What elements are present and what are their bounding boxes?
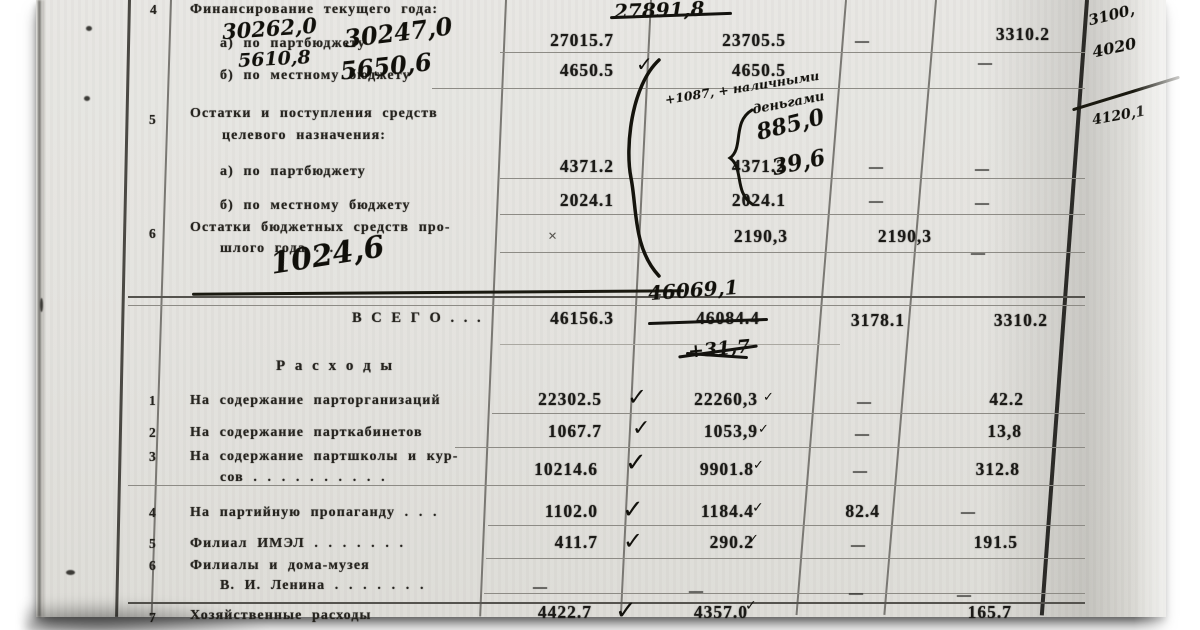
cell-dash: — — [844, 395, 884, 411]
row-label: На содержание парткабинетов — [190, 425, 423, 441]
row-label: Филиалы и дома-музея — [190, 558, 370, 574]
cell-value: 1067.7 — [498, 421, 602, 442]
cell-value: 2190,3 — [694, 226, 788, 247]
handwritten-number-crossed: 27891,8 — [614, 0, 705, 24]
row-number: 2 — [149, 425, 156, 441]
cell-dash: — — [676, 584, 716, 600]
row-rule — [492, 413, 1085, 414]
cell-dash: — — [840, 464, 880, 480]
total-col3: 3178.1 — [825, 310, 905, 331]
row-label: а) по партбюджету — [220, 164, 366, 180]
cell-dash: — — [948, 505, 988, 521]
row-label: б) по местному бюджету — [220, 198, 411, 214]
row-rule — [500, 178, 1085, 179]
pen-checkmark: ✓ — [623, 527, 643, 555]
row-rule — [484, 593, 1085, 594]
cell-value: 4371.2 — [518, 156, 614, 177]
row-rule — [500, 344, 840, 345]
row-label: целевого назначения: — [222, 128, 386, 144]
cell-dash: — — [965, 56, 1005, 72]
total-col4: 3310.2 — [948, 310, 1048, 331]
row-number: 3 — [149, 449, 156, 465]
cell-value: 3310.2 — [952, 24, 1050, 45]
cell-value: 165.7 — [920, 602, 1012, 623]
cell-value: 22302.5 — [498, 389, 602, 410]
row-label: На содержание парторганизаций — [190, 393, 441, 409]
pen-checkmark: ✓ — [615, 596, 637, 626]
pen-checkmark-small: ✓ — [745, 598, 757, 614]
cell-dash: — — [836, 586, 876, 602]
row-number: 5 — [149, 112, 156, 128]
scan-corner-shadow — [26, 600, 266, 630]
total-label: В С Е Г О . . . — [352, 310, 484, 327]
row-rule — [455, 447, 1085, 448]
cell-value: 13,8 — [930, 421, 1022, 442]
pen-brace-icon — [615, 58, 665, 283]
pen-checkmark: ✓ — [622, 495, 644, 525]
cell-value: 4650.5 — [514, 60, 614, 81]
cell-value: 22260,3 — [652, 389, 758, 410]
pen-checkmark: ✓ — [632, 416, 650, 441]
pen-checkmark-small: ✓ — [758, 422, 769, 437]
cell-value: 290.2 — [648, 532, 754, 553]
cell-value: 191.5 — [926, 532, 1018, 553]
speck — [40, 298, 43, 312]
cell-value: 2024.1 — [518, 190, 614, 211]
row-rule — [486, 558, 1085, 559]
cell-dash: — — [856, 160, 896, 176]
row-rule — [500, 52, 1085, 53]
cell-value: 9901.8 — [648, 459, 754, 480]
pen-checkmark: ✓ — [627, 383, 647, 411]
cell-value: 411.7 — [494, 532, 598, 553]
row-label: В. И. Ленина . . . . . . . — [220, 578, 425, 594]
row-number: 4 — [149, 505, 156, 521]
row-label: Остатки и поступления средств — [190, 106, 438, 122]
cell-dash: — — [842, 34, 882, 50]
row-number: 6 — [149, 226, 156, 242]
cell-value: 27015.7 — [512, 30, 614, 51]
pen-brace-icon — [722, 108, 756, 206]
pen-checkmark-small: ✓ — [752, 500, 764, 516]
row-number: 6 — [149, 558, 156, 574]
cell-dash: — — [856, 194, 896, 210]
row-number: 4 — [150, 2, 157, 18]
cell-dash: — — [842, 427, 882, 443]
cell-dash: — — [962, 196, 1002, 212]
cell-value: 4357.0 — [642, 602, 748, 623]
cell-value: 10214.6 — [494, 459, 598, 480]
row-number: 1 — [149, 393, 156, 409]
total-col1: 46156.3 — [508, 308, 614, 329]
row-rule — [488, 525, 1085, 526]
cell-value: 1102.0 — [494, 501, 598, 522]
row-label: На партийную пропаганду . . . — [190, 505, 438, 521]
pen-checkmark: ✓ — [625, 448, 647, 478]
row-label: Филиал ИМЭЛ . . . . . . . — [190, 536, 404, 552]
row-label: Остатки бюджетных средств про- — [190, 220, 451, 236]
cell-value: 82.4 — [800, 501, 880, 522]
section-rule-heavy — [128, 296, 1085, 298]
cell-value: 42.2 — [932, 389, 1024, 410]
pen-checkmark-small: ✓ — [753, 458, 764, 473]
cell-dash: — — [838, 538, 878, 554]
speck — [86, 26, 92, 31]
expenses-header: Р а с х о д ы — [276, 358, 395, 375]
cell-value: 312.8 — [928, 459, 1020, 480]
row-rule — [500, 214, 1085, 215]
section-rule — [128, 305, 1085, 306]
cell-dash: — — [962, 162, 1002, 178]
row-number: 5 — [149, 536, 156, 552]
cell-dash: — — [958, 246, 998, 262]
cell-value: 2190,3 — [840, 226, 932, 247]
speck — [84, 96, 90, 101]
cell-value: 1184.4 — [648, 501, 754, 522]
row-label: На содержание партшколы и кур- — [190, 449, 459, 465]
pen-checkmark-small: ✓ — [763, 390, 774, 405]
pen-checkmark-small: ✓ — [748, 532, 759, 547]
scanned-document-screenshot: 4 Финансирование текущего года: а) по па… — [0, 0, 1200, 630]
cell-value: 4422.7 — [488, 602, 592, 623]
cell-dash: — — [520, 580, 560, 596]
cell-value: 1053,9 — [652, 421, 758, 442]
row-label: сов . . . . . . . . . . — [220, 470, 386, 486]
cell-cross-mark: × — [548, 228, 557, 246]
handwritten-number: 5610,8 — [237, 46, 311, 72]
speck — [66, 570, 75, 575]
cell-value: 23705.5 — [686, 30, 786, 51]
